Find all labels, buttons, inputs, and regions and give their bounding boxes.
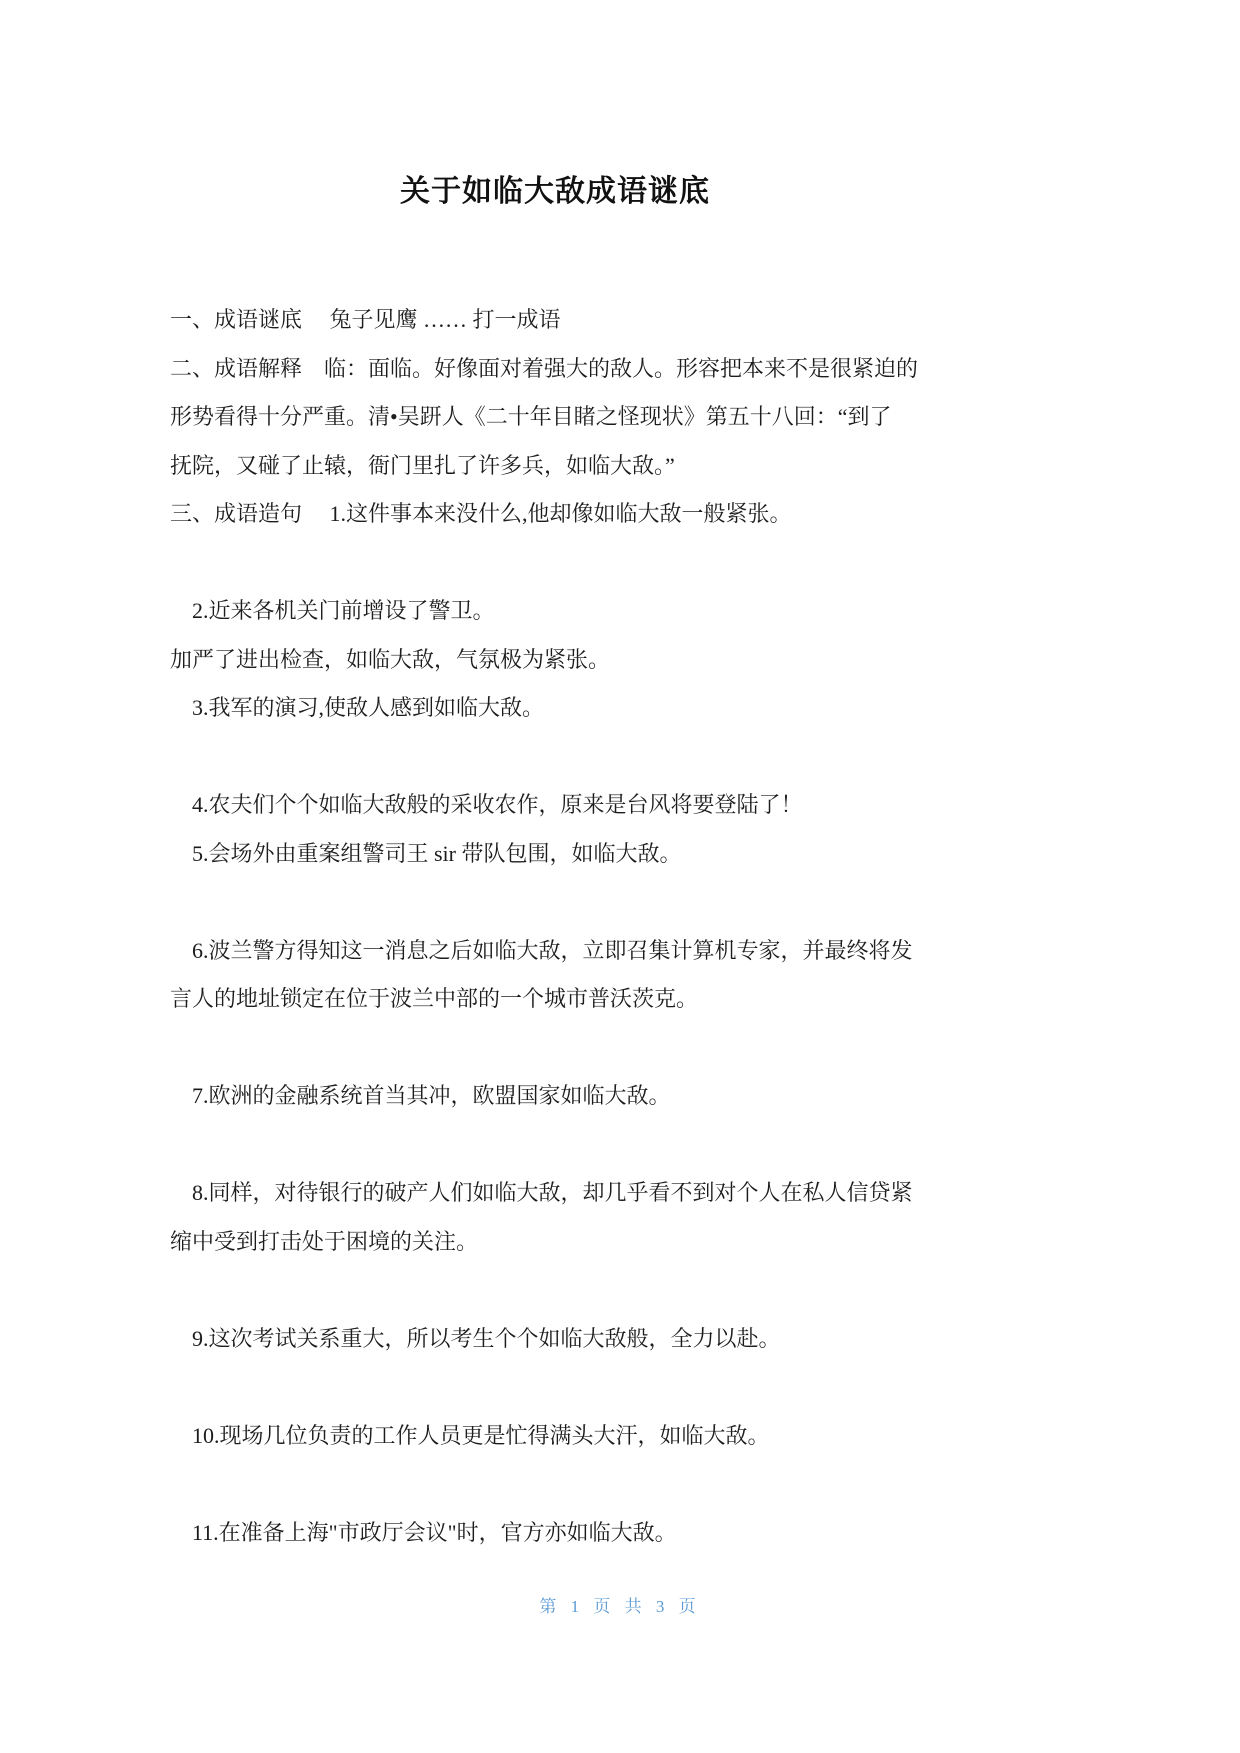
text-line: 10.现场几位负责的工作人员更是忙得满头大汗，如临大敌。 <box>170 1412 960 1461</box>
text-line: 形势看得十分严重。清•吴趼人《二十年目睹之怪现状》第五十八回：“到了 <box>170 393 960 442</box>
blank-line <box>170 539 960 588</box>
blank-line <box>170 1460 960 1509</box>
text-line: 9.这次考试关系重大，所以考生个个如临大敌般，全力以赴。 <box>170 1315 960 1364</box>
blank-line <box>170 733 960 782</box>
text-line: 抚院，又碰了止辕，衙门里扎了许多兵，如临大敌。” <box>170 442 960 491</box>
blank-line <box>170 1121 960 1170</box>
text-line: 加严了进出检查，如临大敌，气氛极为紧张。 <box>170 636 960 685</box>
text-line: 11.在准备上海"市政厅会议"时，官方亦如临大敌。 <box>170 1509 960 1558</box>
text-line: 8.同样，对待银行的破产人们如临大敌，却几乎看不到对个人在私人信贷紧 <box>170 1169 960 1218</box>
text-line: 6.波兰警方得知这一消息之后如临大敌，立即召集计算机专家，并最终将发 <box>170 927 960 976</box>
text-line: 一、成语谜底 兔子见鹰 …… 打一成语 <box>170 296 960 345</box>
blank-line <box>170 1363 960 1412</box>
text-line: 7.欧洲的金融系统首当其冲，欧盟国家如临大敌。 <box>170 1072 960 1121</box>
text-line: 言人的地址锁定在位于波兰中部的一个城市普沃茨克。 <box>170 975 960 1024</box>
text-line: 二、成语解释 临：面临。好像面对着强大的敌人。形容把本来不是很紧迫的 <box>170 345 960 394</box>
page-title: 关于如临大敌成语谜底 <box>170 166 940 210</box>
text-line: 三、成语造句 1.这件事本来没什么,他却像如临大敌一般紧张。 <box>170 490 960 539</box>
page-number-text: 第 1 页 共 3 页 <box>539 1597 700 1616</box>
blank-line <box>170 1266 960 1315</box>
document-page: 关于如临大敌成语谜底 一、成语谜底 兔子见鹰 …… 打一成语 二、成语解释 临：… <box>0 0 1240 1753</box>
text-line: 4.农夫们个个如临大敌般的采收农作，原来是台风将要登陆了！ <box>170 781 960 830</box>
page-footer: 第 1 页 共 3 页 <box>0 1592 1240 1617</box>
text-line: 3.我军的演习,使敌人感到如临大敌。 <box>170 684 960 733</box>
blank-line <box>170 1024 960 1073</box>
text-line: 缩中受到打击处于困境的关注。 <box>170 1218 960 1267</box>
blank-line <box>170 878 960 927</box>
document-body: 一、成语谜底 兔子见鹰 …… 打一成语 二、成语解释 临：面临。好像面对着强大的… <box>170 296 960 1557</box>
text-line: 5.会场外由重案组警司王 sir 带队包围，如临大敌。 <box>170 830 960 879</box>
text-line: 2.近来各机关门前增设了警卫。 <box>170 587 960 636</box>
